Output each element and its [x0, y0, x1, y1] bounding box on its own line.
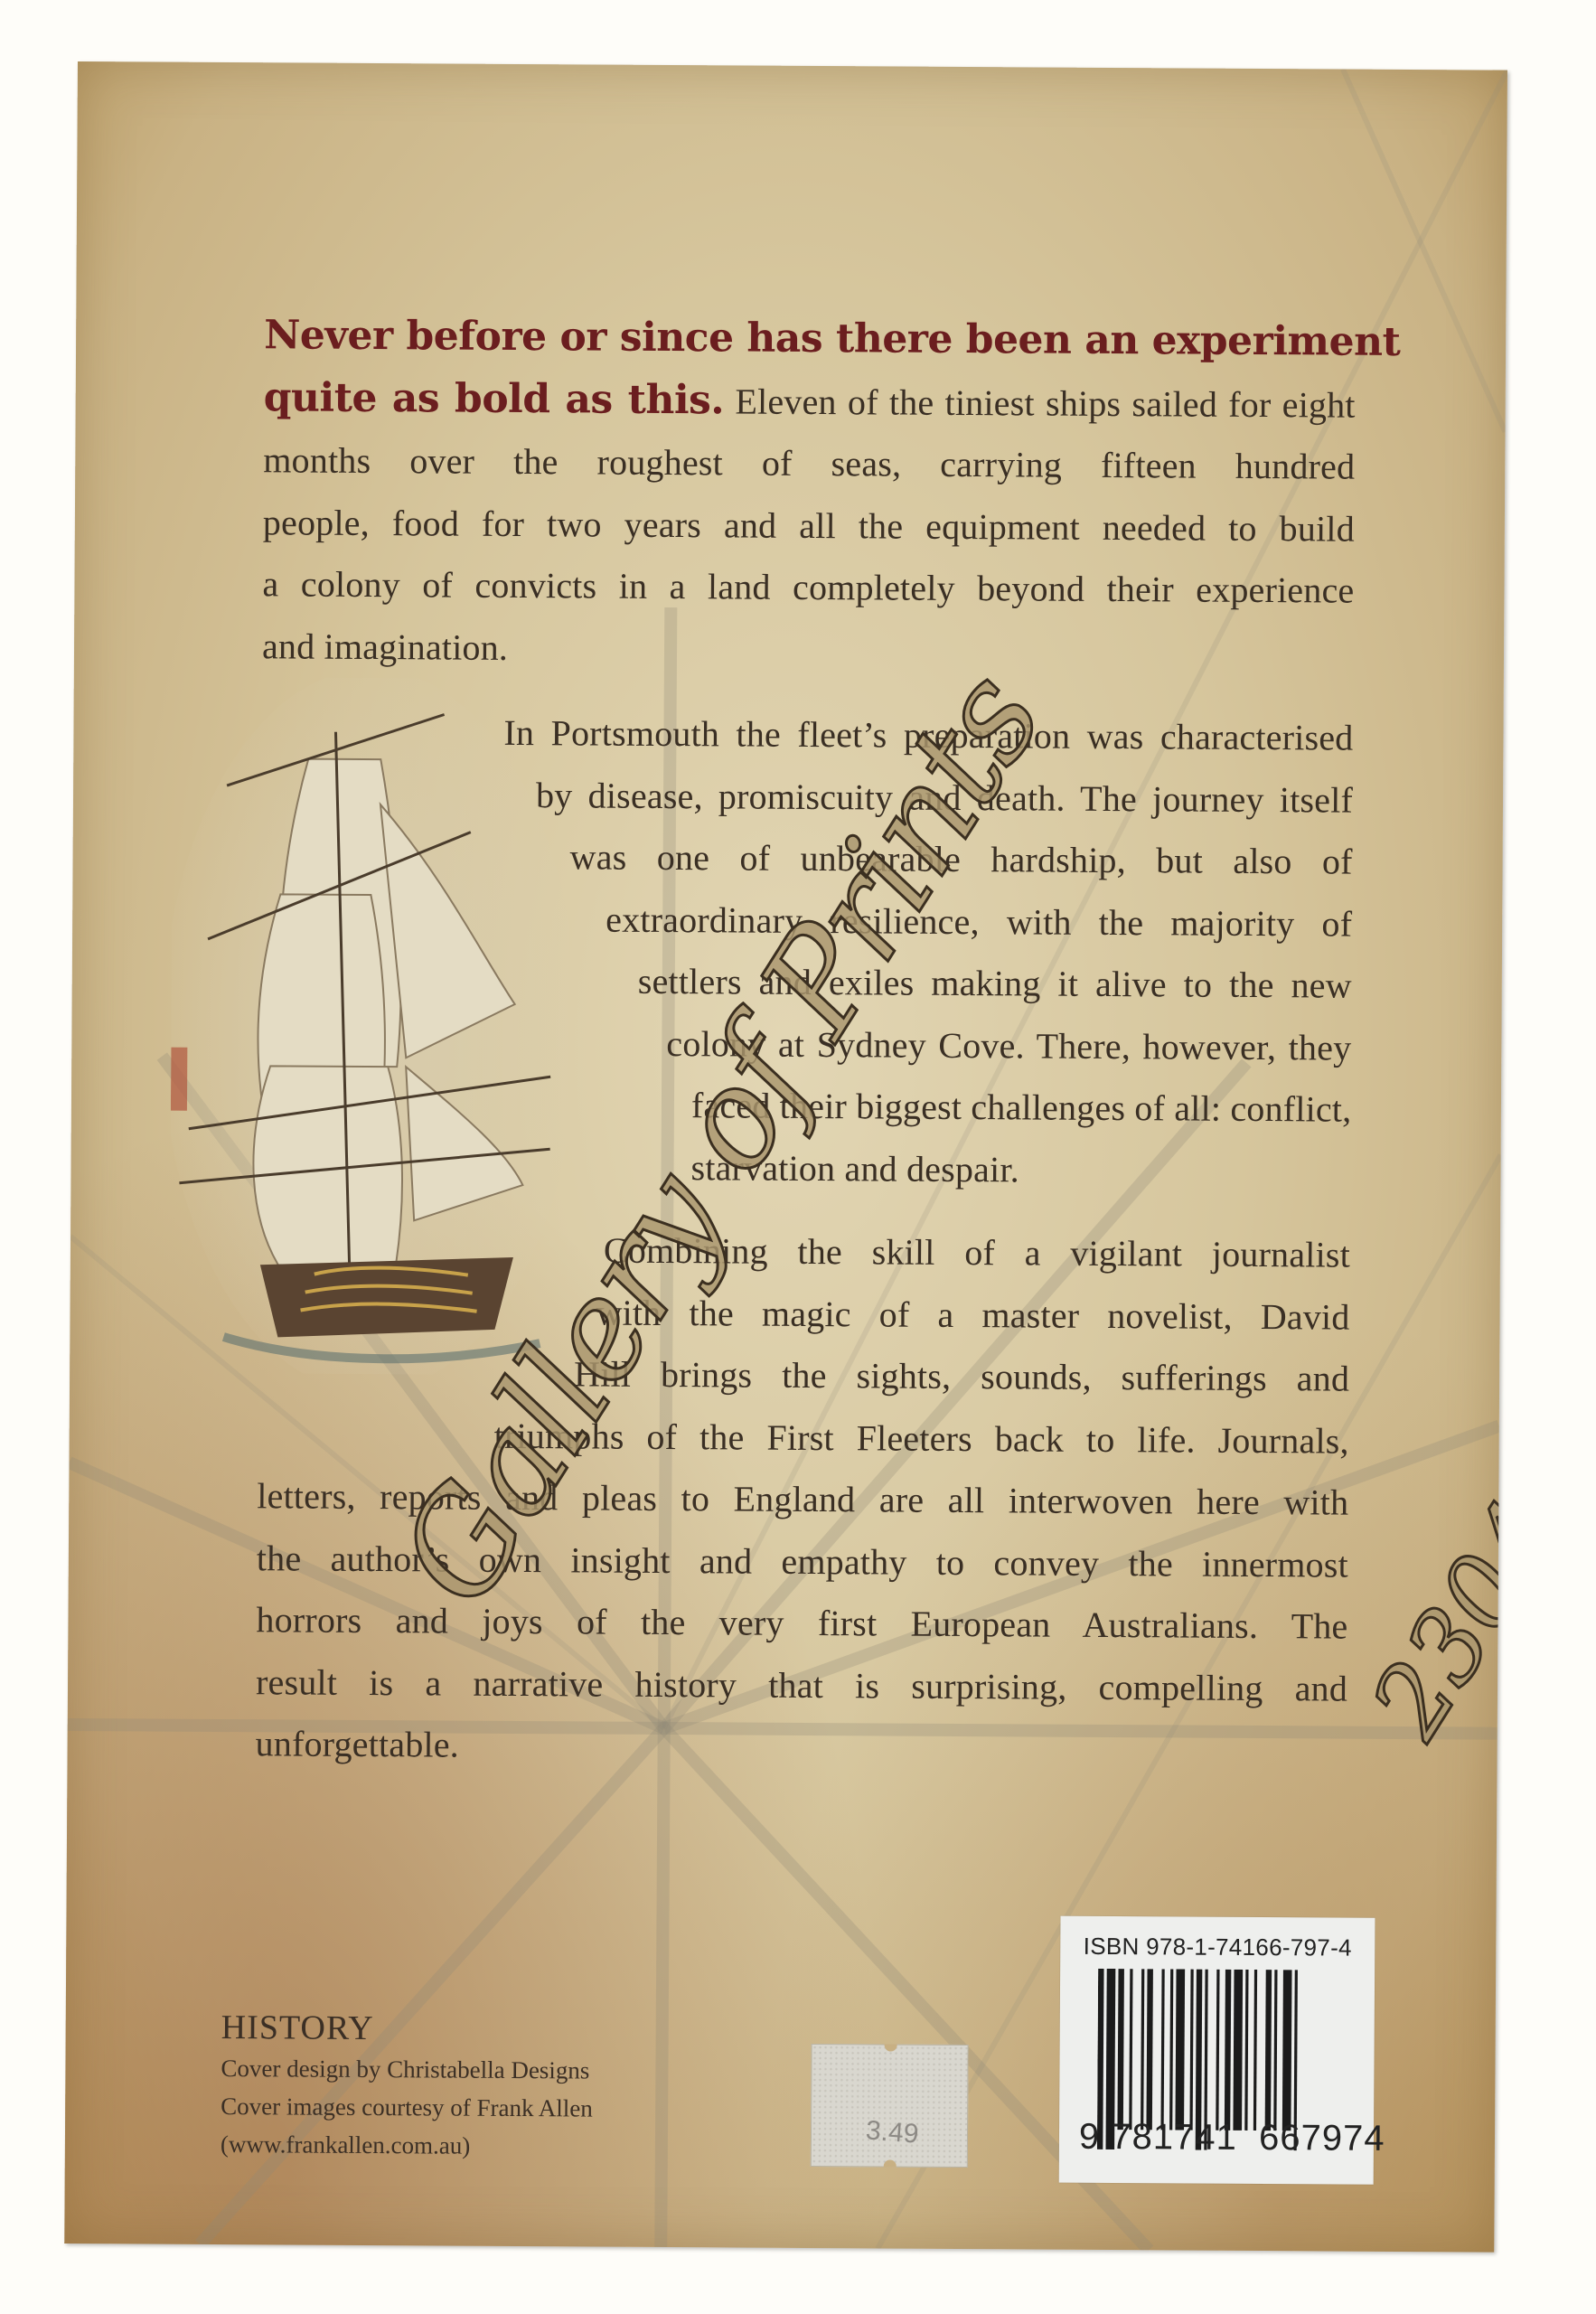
ean-group-2: 667974 — [1259, 2118, 1385, 2159]
blurb-line: a colony of convicts in a land completel… — [262, 553, 1354, 622]
blurb-lead-line-1: Never before or since has there been an … — [264, 305, 1356, 373]
cover-design-credit: Cover design by Christabella Designs — [221, 2049, 593, 2090]
blurb-line: Hill brings the sights, sounds, sufferin… — [574, 1343, 1349, 1410]
blurb-line: unforgettable. — [255, 1713, 1347, 1782]
blurb-paragraph-1: Never before or since has there been an … — [262, 305, 1356, 683]
book-back-cover: Never before or since has there been an … — [64, 61, 1507, 2253]
blurb-line: and imagination. — [262, 616, 1354, 684]
blurb-line: horrors and joys of the very first Europ… — [256, 1589, 1347, 1658]
isbn-barcode-label: ISBN 978-1-74166-797-4 9 781741 667974 — [1059, 1916, 1375, 2185]
blurb-lead-line-2: quite as bold as this. — [264, 374, 725, 423]
blurb-line: months over the roughest of seas, carryi… — [263, 429, 1355, 498]
ean-first-digit: 9 — [1079, 2117, 1101, 2157]
blurb-text: Eleven of the tiniest ships sailed for e… — [724, 381, 1356, 425]
blurb-line: people, food for two years and all the e… — [263, 492, 1355, 560]
credits-block: HISTORY Cover design by Christabella Des… — [221, 2006, 594, 2166]
sticker-notch — [885, 2044, 897, 2051]
blurb-line: quite as bold as this. Eleven of the tin… — [264, 367, 1356, 437]
price-sticker: 3.49 — [811, 2044, 969, 2168]
ean-group-1: 781741 — [1111, 2117, 1237, 2158]
blurb-line: result is a narrative history that is su… — [256, 1651, 1347, 1720]
watermark-number: 23042 — [1349, 1427, 1507, 1756]
blurb-line: extraordinary resilience, with the major… — [606, 889, 1352, 955]
ean-digits: 9 781741 667974 — [1079, 2117, 1385, 2159]
isbn-text: ISBN 978-1-74166-797-4 — [1060, 1933, 1375, 1962]
website-credit: (www.frankallen.com.au) — [221, 2125, 593, 2166]
sticker-notch — [884, 2159, 897, 2167]
price-text: 3.49 — [865, 2115, 920, 2149]
cover-images-credit: Cover images courtesy of Frank Allen — [221, 2087, 593, 2128]
category-label: HISTORY — [221, 2006, 594, 2052]
